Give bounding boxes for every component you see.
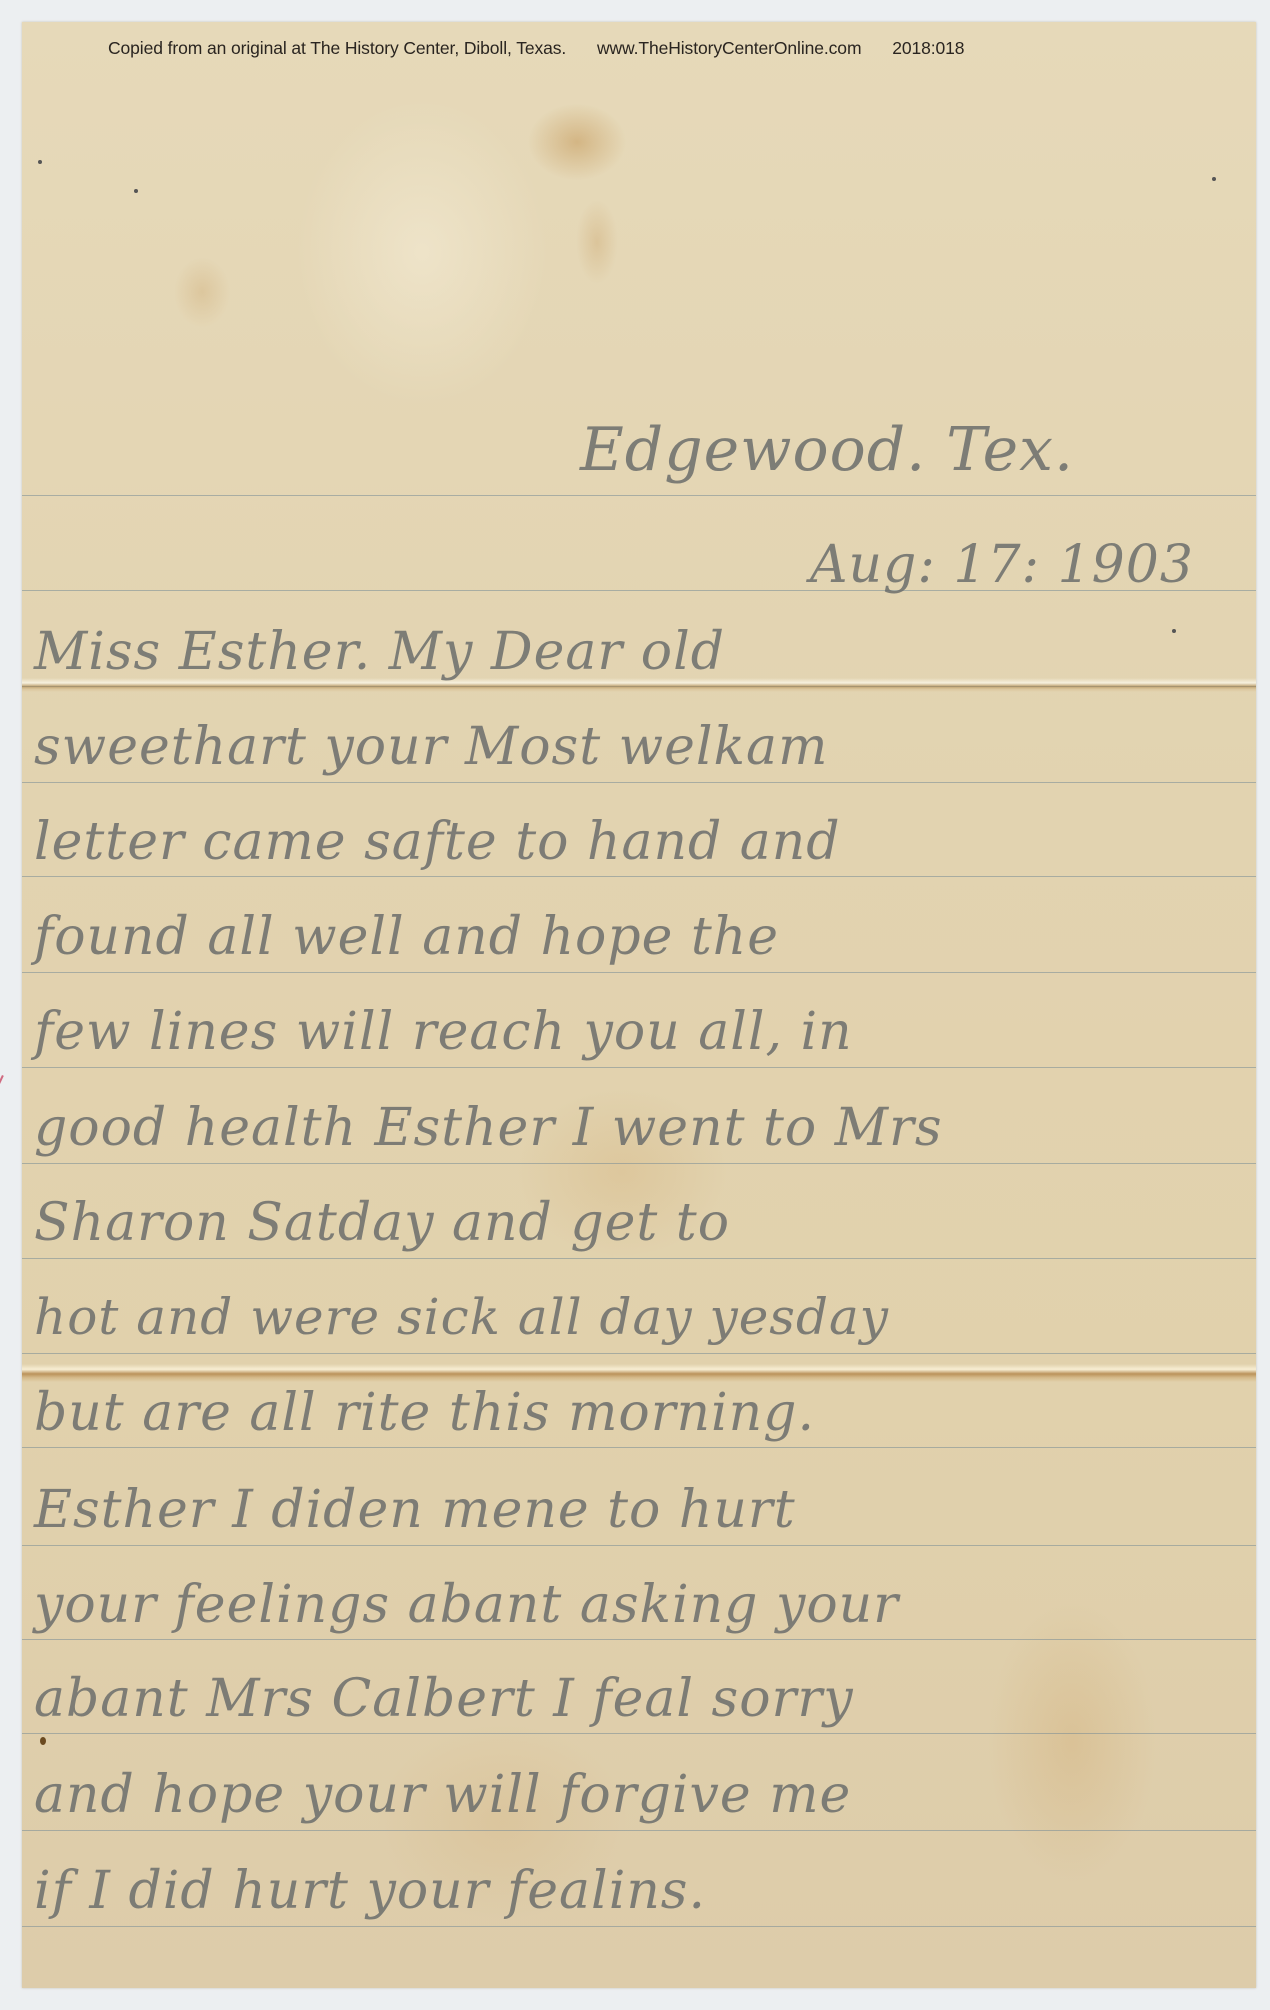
ink-speck [40,1737,46,1745]
letter-line: if I did hurt your fealins. [34,1861,706,1921]
red-pen-mark [0,1075,4,1114]
letter-line: hot and were sick all day yesday [34,1288,889,1346]
ruled-line [22,1258,1256,1259]
ink-speck [1212,177,1216,181]
ruled-line [22,1926,1256,1927]
letter-line: good health Esther I went to Mrs [34,1098,943,1158]
letter-line: your feelings abant asking your [34,1575,899,1635]
ink-speck [38,160,42,164]
letter-date: Aug: 17: 1903 [810,535,1194,595]
fold-crease [22,1364,1256,1382]
ruled-line [22,972,1256,973]
ink-speck [1172,629,1176,633]
letter-line: and hope your will forgive me [34,1765,851,1825]
ruled-line [22,1447,1256,1448]
ruled-line [22,1163,1256,1164]
website-text: www.TheHistoryCenterOnline.com [597,38,861,58]
letter-line: but are all rite this morning. [34,1383,815,1443]
letter-line: Sharon Satday and get to [34,1193,730,1253]
letter-line: sweethart your Most welkam [34,717,828,777]
letter-line: letter came safte to hand and [34,812,841,872]
letter-line: found all well and hope the [34,907,779,967]
letter-line: few lines will reach you all, in [34,1002,853,1062]
letter-line: Esther I diden mene to hurt [34,1480,796,1540]
ink-speck [134,189,138,193]
ruled-line [22,782,1256,783]
catalog-number: 2018:018 [892,38,964,58]
ruled-line [22,1733,1256,1734]
ruled-line [22,876,1256,877]
ruled-line [22,495,1256,496]
letter-line: Miss Esther. My Dear old [34,622,725,682]
ruled-line [22,1830,1256,1831]
ruled-line [22,1353,1256,1354]
letter-line: abant Mrs Calbert I feal sorry [34,1669,854,1729]
ruled-line [22,1067,1256,1068]
attribution-text: Copied from an original at The History C… [108,38,566,58]
letter-place: Edgewood. Tex. [580,415,1074,485]
ruled-line [22,1639,1256,1640]
ruled-line [22,1545,1256,1546]
archive-header: Copied from an original at The History C… [108,38,990,59]
